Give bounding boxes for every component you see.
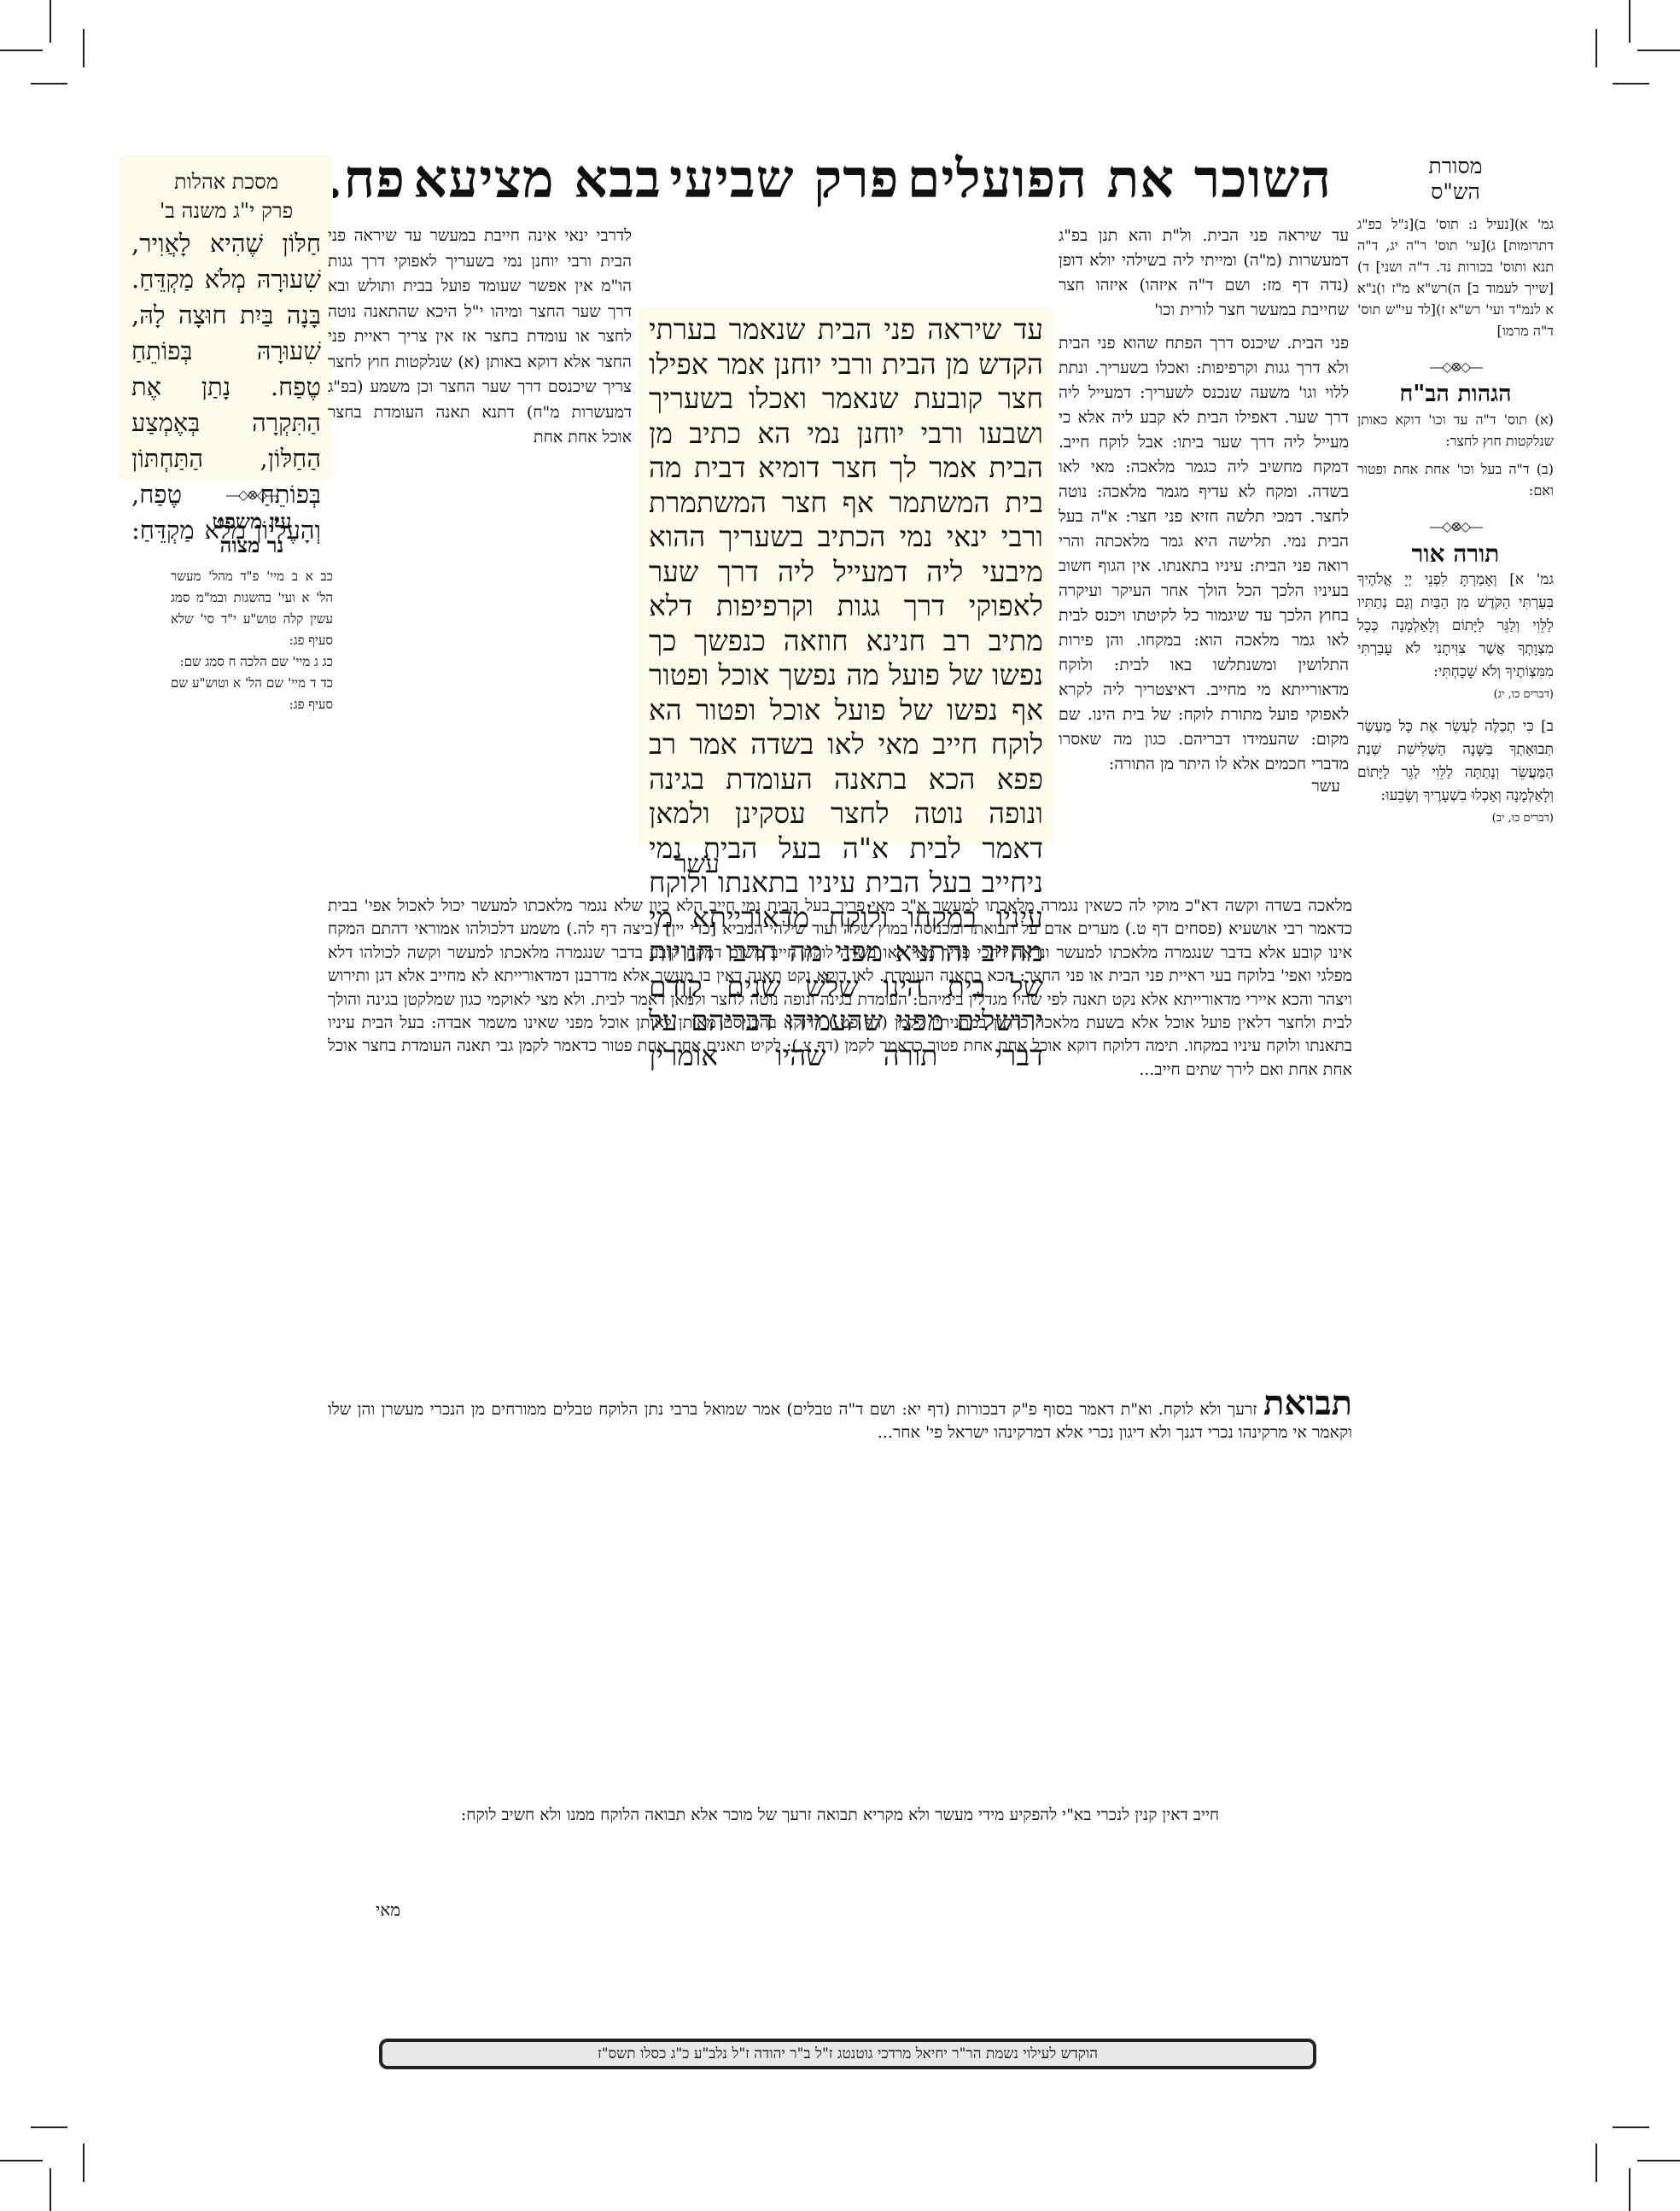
tosafot-closing: חייב דאין קנין לנכרי בא"י להפקיע מידי מע… (328, 1804, 1352, 1827)
dedication-text: הוקדש לעילוי נשמת הר"ר יחיאל מרדכי גוטנט… (598, 2045, 1098, 2062)
rashi-catchword: עשר (1059, 777, 1349, 796)
crop-mark (1637, 2160, 1680, 2161)
mishna-ohalot-box: מסכת אהלות פרק י"ג משנה ב' חַלּוֹן שֶׁהִ… (120, 155, 333, 480)
ein-mishpat-entry: כג ג מיי' שם הלכה ח סמג שם: (171, 651, 333, 673)
tosafot-column: לדרבי ינאי אינה חייבת במעשר עד שיראה פני… (328, 224, 632, 451)
tosafot-heading-word: תבואת (1263, 1383, 1352, 1423)
crop-mark (1595, 2144, 1597, 2182)
crop-mark (0, 2160, 43, 2161)
ein-mishpat-section: ―◇⊗◇― עין משפט נר מצוה כב א ב מיי' פ"ד מ… (171, 487, 333, 715)
hagahot-item: (ב) ד"ה בעל וכו' אחת אחת ופטור ואם: (1357, 458, 1554, 501)
chapter-number: פרק שביעי (669, 148, 899, 211)
tosafot-body: מלאכה בשדה וקשה דא"כ מוקי לה כשאין נגמרה… (328, 895, 1352, 1082)
mishna-box-title: מסכת אהלות (120, 167, 333, 196)
torah-or-verse: גמ' א] וְאָמַרְתָּ לִפְנֵי יְיָ אֱלֹהֶיך… (1357, 569, 1554, 684)
gemara-box: עד שיראה פני הבית שנאמר בערתי הקדש מן הב… (639, 307, 1053, 845)
torah-or-verse: ב] כִּי תְכַלֶּה לַעְשֵׂר אֶת כָּל מַעְש… (1357, 715, 1554, 808)
ornament-divider-icon: ―◇⊗◇― (1357, 359, 1554, 375)
tosafot-tevuat: תבואת זרעך ולא לוקח. וא"ת דאמר בסוף פ"ק … (328, 1391, 1352, 1827)
tractate-name: בבא מציעא (413, 148, 662, 211)
rashi-text: פני הבית. שיכנס דרך הפתח שהוא פני הבית ו… (1059, 331, 1349, 777)
hashas-title: הש"ס (1357, 179, 1554, 205)
ornament-divider-icon: ―◇⊗◇― (171, 487, 333, 503)
hagahot-habach-title: הגהות הב"ח (1357, 380, 1554, 409)
crop-mark (83, 2144, 85, 2182)
ein-mishpat-title: עין משפט (171, 510, 333, 534)
gemara-catchword: עשר (674, 849, 720, 879)
crop-mark (1629, 0, 1630, 43)
crop-mark (1637, 50, 1680, 51)
tosafot-tevuat-text: זרעך ולא לוקח. וא"ת דאמר בסוף פ"ק דבכורו… (328, 1400, 1352, 1442)
torah-or-source: (דברים כו, יב) (1357, 808, 1554, 829)
masoret-text: גמ' א)[נעיל נ: תוס' ב)[נ"ל כפ"ג דתרומות]… (1357, 213, 1554, 341)
dedication-bar: הוקדש לעילוי נשמת הר"ר יחיאל מרדכי גוטנט… (379, 2039, 1316, 2069)
crop-mark (83, 29, 85, 67)
folio-number: פח. (324, 148, 405, 211)
torah-or-title: תורה אור (1357, 540, 1554, 569)
tosafot-intro: לדרבי ינאי אינה חייבת במעשר עד שיראה פני… (328, 224, 632, 451)
right-margin-section: מסורת הש"ס גמ' א)[נעיל נ: תוס' ב)[נ"ל כפ… (1357, 154, 1554, 829)
masoret-title: מסורת (1357, 154, 1554, 179)
ornament-divider-icon: ―◇⊗◇― (1357, 518, 1554, 534)
page-header: השוכר את הפועלים פרק שביעי בבא מציעא פח. (324, 145, 1332, 213)
crop-mark (31, 2126, 67, 2128)
rashi-column: עד שיראה פני הבית. ול"ת והא תנן בפ"ג דמע… (1059, 224, 1349, 796)
rashi-intro: עד שיראה פני הבית. ול"ת והא תנן בפ"ג דמע… (1059, 224, 1349, 323)
crop-mark (1613, 2126, 1649, 2128)
chapter-name: השוכר את הפועלים (907, 148, 1332, 211)
crop-mark (1595, 29, 1597, 67)
crop-mark (50, 2168, 51, 2211)
crop-mark (50, 0, 51, 43)
ein-mishpat-entry: כב א ב מיי' פ"ד מהל' מעשר הל' א ועי' בהש… (171, 566, 333, 651)
crop-mark (0, 50, 43, 51)
hagahot-item: (א) תוס' ד"ה עד וכו' דוקא כאותן שנלקטות … (1357, 409, 1554, 452)
crop-mark (1629, 2168, 1630, 2211)
tosafot-body-text: מלאכה בשדה וקשה דא"כ מוקי לה כשאין נגמרה… (328, 895, 1352, 1082)
crop-mark (1613, 83, 1649, 85)
page-catchword: מאי (376, 1899, 400, 1921)
ein-mishpat-entry: כד ד מיי' שם הל' א וטוש"ע שם סעיף פג: (171, 673, 333, 715)
crop-mark (31, 83, 67, 85)
ner-mitzvah-title: נר מצוה (171, 534, 333, 557)
mishna-box-subtitle: פרק י"ג משנה ב' (120, 196, 333, 225)
torah-or-source: (דברים כו, יג) (1357, 684, 1554, 705)
